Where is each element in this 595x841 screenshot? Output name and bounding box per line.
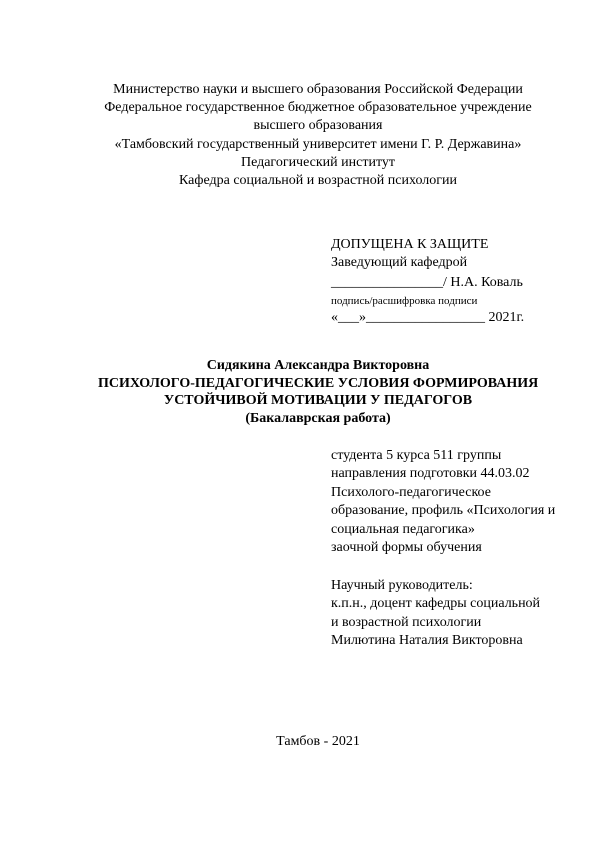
work-title-line-1: ПСИХОЛОГО-ПЕДАГОГИЧЕСКИЕ УСЛОВИЯ ФОРМИРО… (98, 375, 538, 393)
supervisor-degree: к.п.н., доцент кафедры социальной (331, 595, 540, 613)
student-program-line-3: социальная педагогика» (331, 521, 475, 539)
approval-title: ДОПУЩЕНА К ЗАЩИТЕ (331, 236, 488, 254)
supervisor-department: и возрастной психологии (331, 614, 481, 632)
date-line: «___»_________________ 2021г. (331, 309, 524, 327)
education-level-line: высшего образования (98, 117, 538, 135)
student-direction-line: направления подготовки 44.03.02 (331, 465, 530, 483)
signature-line: ________________/ Н.А. Коваль (331, 274, 523, 292)
institute-line: Педагогический институт (98, 154, 538, 172)
work-type: (Бакалаврская работа) (98, 410, 538, 428)
student-program-line-1: Психолого-педагогическое (331, 484, 491, 502)
student-program-line-2: образование, профиль «Психология и (331, 502, 555, 520)
university-type-line: Федеральное государственное бюджетное об… (98, 99, 538, 117)
title-page: Министерство науки и высшего образования… (0, 0, 595, 841)
student-study-form-line: заочной формы обучения (331, 539, 482, 557)
supervisor-name: Милютина Наталия Викторовна (331, 632, 523, 650)
author-name: Сидякина Александра Викторовна (98, 357, 538, 375)
work-title-line-2: УСТОЙЧИВОЙ МОТИВАЦИИ У ПЕДАГОГОВ (98, 392, 538, 410)
student-course-line: студента 5 курса 511 группы (331, 447, 501, 465)
city-year: Тамбов - 2021 (98, 733, 538, 751)
signature-caption: подпись/расшифровка подписи (331, 292, 477, 310)
supervisor-label: Научный руководитель: (331, 577, 473, 595)
university-name-line: «Тамбовский государственный университет … (98, 136, 538, 154)
ministry-line: Министерство науки и высшего образования… (98, 81, 538, 99)
approval-role: Заведующий кафедрой (331, 254, 467, 272)
department-line: Кафедра социальной и возрастной психолог… (98, 172, 538, 190)
